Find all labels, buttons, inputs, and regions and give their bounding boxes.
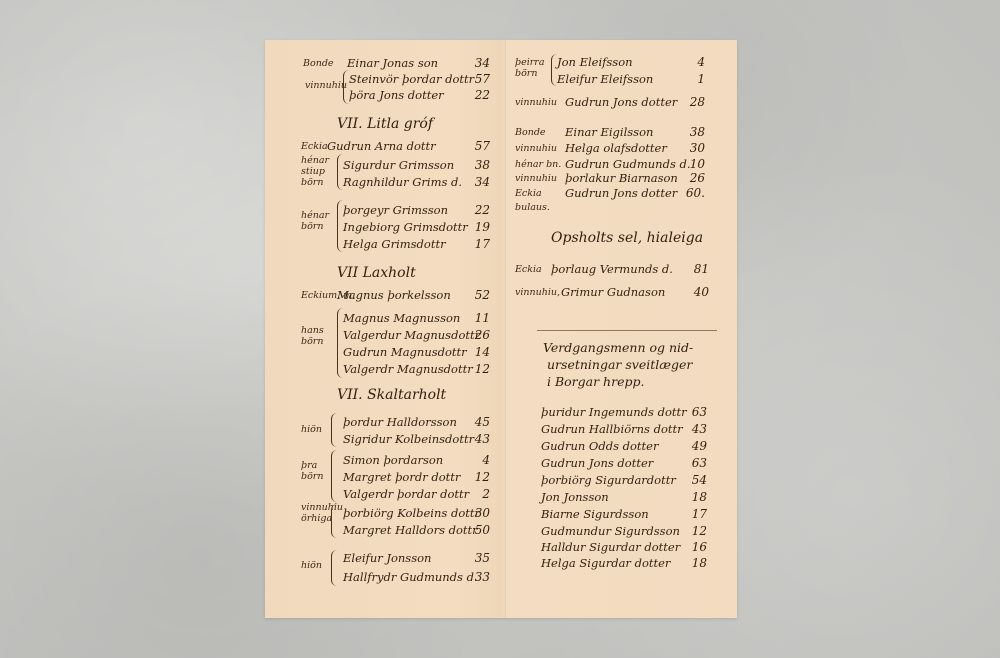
pauper-name: þuridur Ingemunds dottr	[541, 405, 687, 419]
person-age: 57	[460, 72, 490, 86]
pauper-age: 43	[677, 422, 707, 436]
person-age: 33	[460, 570, 490, 584]
right-page: þeirra börnJon Eleifsson4Eleifur Eleifss…	[507, 40, 737, 618]
pauper-age: 63	[677, 405, 707, 419]
pauper-age: 54	[677, 473, 707, 487]
person-age: 30	[460, 506, 490, 520]
list-heading-line: i Borgar hrepp.	[547, 374, 644, 390]
person-name: Gudrun Jons dotter	[565, 95, 677, 109]
person-age: 4	[460, 453, 490, 467]
person-name: Helga olafsdotter	[565, 141, 667, 155]
person-name: Gudrun Arna dottr	[327, 139, 436, 153]
person-age: 45	[460, 415, 490, 429]
person-name: þordur Halldorsson	[343, 415, 457, 429]
household-role: Eckia	[301, 141, 328, 152]
pauper-age: 12	[677, 524, 707, 538]
pauper-name: Gudmundur Sigurdsson	[541, 524, 680, 538]
pauper-age: 18	[677, 556, 707, 570]
person-age: 38	[675, 125, 705, 139]
person-name: þorlakur Biarnason	[565, 171, 678, 185]
household-role: vinnuhiu,	[515, 287, 560, 298]
section-divider	[537, 330, 717, 331]
person-age: 28	[675, 95, 705, 109]
household-role: vinnuhiu	[515, 143, 557, 154]
relation-label: hiön	[301, 560, 335, 571]
person-name: Margret Halldors dottr	[343, 523, 478, 537]
person-age: 34	[460, 56, 490, 70]
person-name: Jon Eleifsson	[557, 55, 633, 69]
farm-heading: VII. Litla gróf	[337, 116, 433, 132]
person-age: 38	[460, 158, 490, 172]
person-name: Simon þordarson	[343, 453, 443, 467]
left-page: BondeEinar Jonas son34Steinvör þordar do…	[265, 40, 505, 618]
person-name: Valgerdr Magnusdottr	[343, 362, 473, 376]
person-name: Einar Eigilsson	[565, 125, 653, 139]
person-age: 43	[460, 432, 490, 446]
person-name: Sigurdur Grimsson	[343, 158, 454, 172]
person-age: 30	[675, 141, 705, 155]
pauper-name: Gudrun Jons dotter	[541, 456, 653, 470]
pauper-age: 63	[677, 456, 707, 470]
relation-label: hénar börn	[301, 210, 335, 232]
person-name: Hallfrydr Gudmunds d.	[343, 570, 478, 584]
status-note: bulaus.	[515, 202, 550, 213]
person-age: 60.	[675, 186, 705, 200]
relation-label: hiön	[301, 424, 335, 435]
person-age: 40	[679, 285, 709, 299]
person-name: Valgerdr þordar dottr	[343, 487, 469, 501]
manuscript-sheet: BondeEinar Jonas son34Steinvör þordar do…	[265, 40, 737, 618]
person-age: 81	[679, 262, 709, 276]
brace	[331, 550, 338, 586]
relation-label: hénar stiup börn	[301, 155, 335, 188]
pauper-age: 49	[677, 439, 707, 453]
person-age: 1	[675, 72, 705, 86]
farm-heading: Opsholts sel, hialeiga	[551, 230, 703, 246]
person-age: 11	[460, 311, 490, 325]
farm-heading: VII. Skaltarholt	[337, 387, 446, 403]
person-name: Steinvör þordar dottr	[349, 72, 474, 86]
person-name: Margret þordr dottr	[343, 470, 460, 484]
person-name: Magnus Magnusson	[343, 311, 460, 325]
relation-label: þra börn	[301, 460, 335, 482]
person-age: 22	[460, 203, 490, 217]
person-age: 12	[460, 470, 490, 484]
household-role: Bonde	[515, 127, 546, 138]
person-name: Magnus þorkelsson	[337, 288, 451, 302]
person-name: þöra Jons dotter	[349, 88, 444, 102]
brace	[551, 54, 558, 86]
person-age: 35	[460, 551, 490, 565]
pauper-age: 16	[677, 540, 707, 554]
person-age: 34	[460, 175, 490, 189]
person-age: 26	[460, 328, 490, 342]
pauper-name: Gudrun Hallbiörns dottr	[541, 422, 683, 436]
person-age: 57	[460, 139, 490, 153]
brace	[343, 70, 350, 104]
person-name: Ingebiorg Grimsdottr	[343, 220, 468, 234]
person-name: þorlaug Vermunds d.	[551, 262, 673, 276]
household-role: Eckia	[515, 264, 542, 275]
household-role: þeirra börn	[515, 57, 551, 79]
household-role: Eckia	[515, 188, 542, 199]
pauper-name: Gudrun Odds dotter	[541, 439, 658, 453]
brace	[337, 200, 344, 252]
pauper-age: 17	[677, 507, 707, 521]
farm-heading: VII Laxholt	[337, 265, 416, 281]
person-age: 17	[460, 237, 490, 251]
relation-label: hans börn	[301, 325, 335, 347]
person-name: Gudrun Jons dotter	[565, 186, 677, 200]
group-label: vinnuhiu	[305, 80, 347, 91]
household-role: vinnuhiu	[515, 173, 557, 184]
person-age: 19	[460, 220, 490, 234]
person-age: 50	[460, 523, 490, 537]
person-name: þorgeyr Grimsson	[343, 203, 448, 217]
person-name: Grimur Gudnason	[561, 285, 665, 299]
person-name: Sigridur Kolbeinsdottr	[343, 432, 474, 446]
person-name: Eleifur Jonsson	[343, 551, 431, 565]
household-role: Bonde	[303, 58, 334, 69]
person-age: 26	[675, 171, 705, 185]
pauper-name: þorbiörg Sigurdardottr	[541, 473, 676, 487]
person-age: 12	[460, 362, 490, 376]
person-age: 4	[675, 55, 705, 69]
brace	[331, 504, 338, 538]
brace	[337, 154, 344, 190]
person-age: 52	[460, 288, 490, 302]
person-name: Ragnhildur Grims d.	[343, 175, 462, 189]
household-role: hénar bn.	[515, 159, 561, 170]
person-name: Einar Jonas son	[347, 56, 438, 70]
pauper-age: 18	[677, 490, 707, 504]
brace	[331, 413, 338, 447]
brace	[331, 450, 338, 502]
relation-label: vinnuhiu örhiga	[301, 502, 335, 524]
pauper-name: Helga Sigurdar dotter	[541, 556, 670, 570]
list-heading-line: ursetningar sveitlæger	[547, 357, 692, 373]
person-age: 2	[460, 487, 490, 501]
household-role: vinnuhiu	[515, 97, 557, 108]
person-name: Helga Grimsdottr	[343, 237, 446, 251]
person-age: 10	[675, 157, 705, 171]
person-age: 22	[460, 88, 490, 102]
person-name: Gudrun Magnusdottr	[343, 345, 467, 359]
person-age: 14	[460, 345, 490, 359]
person-name: Gudrun Gudmunds d.	[565, 157, 691, 171]
person-name: Eleifur Eleifsson	[557, 72, 653, 86]
list-heading-line: Verdgangsmenn og nid-	[543, 340, 693, 356]
brace	[337, 308, 344, 378]
pauper-name: Biarne Sigurdsson	[541, 507, 649, 521]
pauper-name: Jon Jonsson	[541, 490, 609, 504]
pauper-name: Halldur Sigurdar dotter	[541, 540, 680, 554]
